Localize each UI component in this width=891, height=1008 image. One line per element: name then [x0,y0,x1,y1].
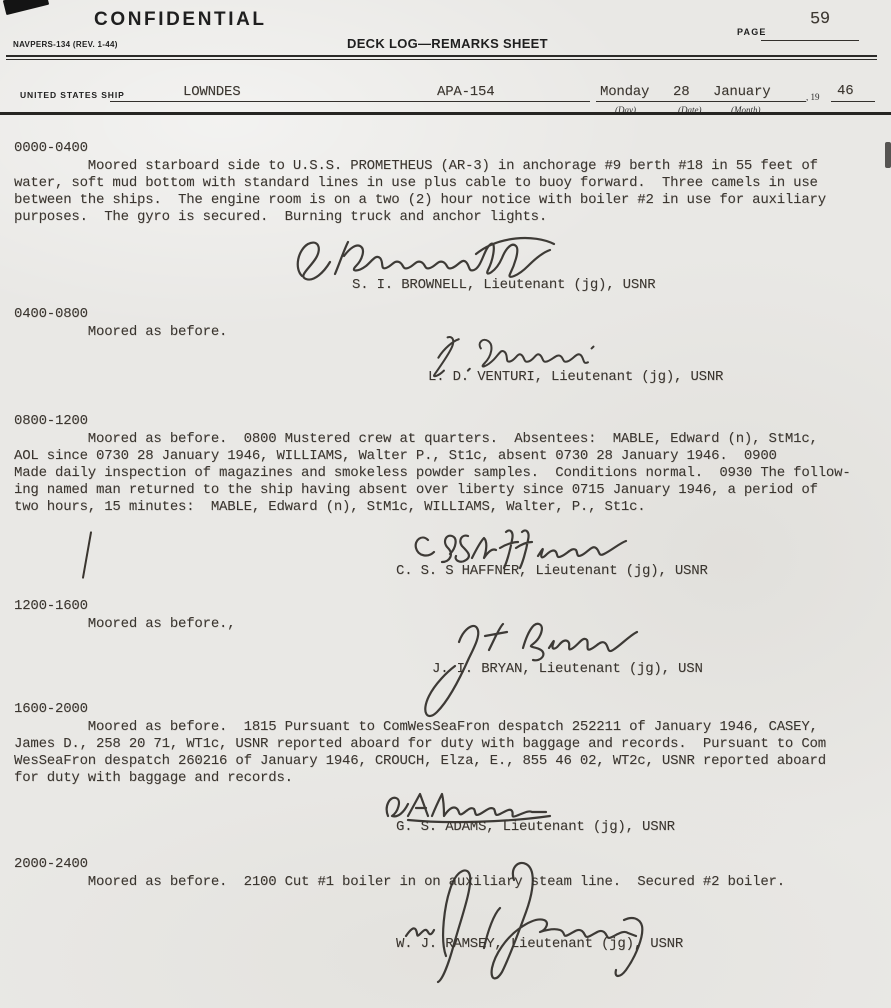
header-double-rule-bottom [6,59,877,60]
entry-time-range: 0800-1200 [14,413,88,430]
header-heavy-rule [0,112,891,115]
signature-typed-name: J. I. BRYAN, Lieutenant (jg), USN [432,661,703,678]
entry-time-range: 2000-2400 [14,856,88,873]
entry-time-range: 1600-2000 [14,701,88,718]
page-number-value: 59 [810,11,831,29]
signature-typed-name: S. I. BROWNELL, Lieutenant (jg), USNR [352,277,655,294]
year-value: 46 [837,83,853,100]
entry-time-range: 0000-0400 [14,140,88,157]
entry-time-range: 1200-1600 [14,598,88,615]
entry-text: Moored as before. [14,324,227,341]
entry-text: Moored as before. 2100 Cut #1 boiler in … [14,874,785,891]
signature-typed-name: C. S. S HAFFNER, Lieutenant (jg), USNR [396,563,708,580]
stray-pen-slash [82,531,92,579]
entry-time-range: 0400-0800 [14,306,88,323]
signature-typed-name: W. J. RAMSEY, Lieutenant (jg), USNR [396,936,683,953]
scan-edge-streak [885,142,891,168]
month-value: January [713,84,770,101]
date-value: 28 [673,84,689,101]
year-underline [831,101,875,102]
ship-name-value: LOWNDES [183,84,240,101]
year-prefix-label: , 19 [806,92,820,102]
signature-typed-name: G. S. ADAMS, Lieutenant (jg), USNR [396,819,675,836]
date-underline [596,101,806,102]
page-title: DECK LOG—REMARKS SHEET [347,36,548,51]
signature-typed-name: L. D. VENTURI, Lieutenant (jg), USNR [428,369,723,386]
entry-text: Moored as before. 1815 Pursuant to ComWe… [14,719,826,787]
page-number-label: PAGE [737,27,767,37]
form-number: NAVPERS-134 (REV. 1-44) [13,40,118,49]
entry-text: Moored starboard side to U.S.S. PROMETHE… [14,158,826,226]
scan-corner-mark [3,0,49,15]
entry-text: Moored as before. 0800 Mustered crew at … [14,431,851,516]
ship-name-underline [110,101,590,102]
page-number-underline [761,40,859,41]
entry-text: Moored as before., [14,616,235,633]
hull-number-value: APA-154 [437,84,494,101]
ship-name-label: UNITED STATES SHIP [20,90,125,100]
deck-log-remarks-sheet: CONFIDENTIAL NAVPERS-134 (REV. 1-44) DEC… [0,0,891,1008]
classification-stamp: CONFIDENTIAL [94,9,267,31]
weekday-value: Monday [600,84,649,101]
header-double-rule-top [6,55,877,57]
